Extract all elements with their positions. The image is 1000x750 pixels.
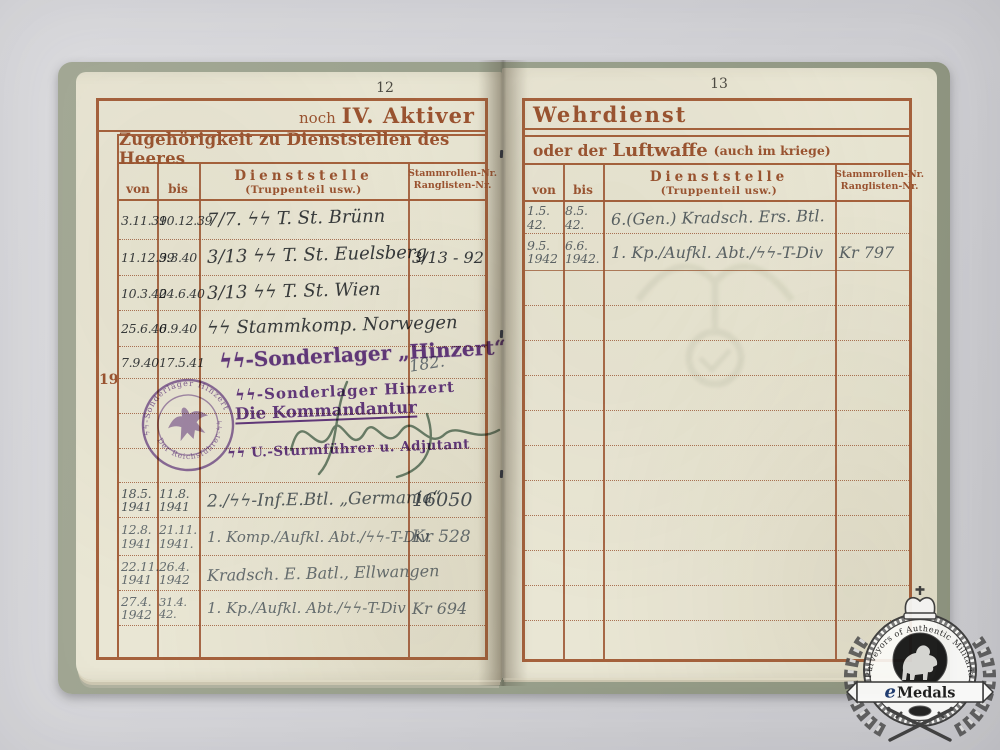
cell-dienststelle: 1. Komp./Aufkl. Abt./ϟϟ-T-Div. [199, 528, 408, 546]
date-line: 1942 [121, 608, 157, 621]
col-von-label: von [126, 182, 150, 196]
cell-dienststelle: 3/13 ϟϟ T. St. Wien [199, 278, 408, 304]
binding-stitch [500, 330, 503, 338]
empty-row [525, 411, 909, 446]
table-row: 3.11.39 10.12.39 7/7. ϟϟ T. St. Brünn [119, 201, 485, 240]
col-bis: bis [157, 164, 199, 199]
col-dienststelle-label: Dienststelle [234, 168, 372, 184]
col-bis-label: bis [573, 183, 593, 197]
col-nr: Stammrollen-Nr. Ranglisten-Nr. [835, 165, 924, 200]
col-stammrollen-label: Stammrollen-Nr. [835, 169, 924, 181]
empty-row [119, 626, 485, 657]
date-line: 1942 [527, 252, 563, 265]
date-line: 1.5. [527, 204, 563, 217]
banner-ribbon: eMedals [847, 682, 993, 717]
col-von: von [525, 165, 563, 200]
date-line: 1941 [121, 500, 157, 513]
page-left: 12 nochIV. Aktiver 19 Zugehörigkeit zu D… [76, 72, 502, 680]
section-note: (auch im kriege) [714, 143, 831, 158]
cell-bis: 6.9.40 [157, 321, 199, 336]
col-dienststelle-label: Dienststelle [650, 169, 788, 185]
date-line: 1941 [121, 537, 157, 550]
column-header-row: von bis Dienststelle (Truppenteil usw.) … [119, 164, 485, 201]
col-dienststelle: Dienststelle (Truppenteil usw.) [603, 165, 835, 200]
page-number: 12 [368, 80, 402, 96]
cell-von: 3.11.39 [119, 213, 157, 228]
service-table-right: Wehrdienst oder der Luftwaffe (auch im k… [522, 98, 912, 662]
cell-dienststelle: 2./ϟϟ-Inf.E.Btl. „Germania“ [199, 488, 408, 512]
empty-row [525, 306, 909, 341]
col-nr: Stammrollen-Nr. Ranglisten-Nr. [408, 164, 497, 199]
crown-icon [904, 586, 936, 619]
cell-dienststelle: 1. Kp./Aufkl. Abt./ϟϟ-T-Div [199, 599, 408, 617]
cell-von: 11.12.39 [119, 250, 157, 265]
cell-dienststelle: 6.(Gen.) Kradsch. Ers. Btl. [603, 206, 835, 229]
table-row: 27.4.1942 31.4.42. 1. Kp./Aufkl. Abt./ϟϟ… [119, 591, 485, 626]
table-row: 1.5.42. 8.5.42. 6.(Gen.) Kradsch. Ers. B… [525, 202, 909, 234]
date-line: 1941 [159, 500, 199, 513]
date-line: 1942. [565, 252, 603, 265]
cell-dienststelle: 7/7. ϟϟ T. St. Brünn [199, 205, 408, 231]
table-row: 12.8.1941 21.11.1941. 1. Komp./Aufkl. Ab… [119, 518, 485, 556]
binding-stitch [500, 470, 503, 478]
sheet-number: 19 [99, 372, 116, 388]
col-von-label: von [532, 183, 556, 197]
table-row: 22.11.1941 26.4.1942 Kradsch. E. Batl., … [119, 556, 485, 591]
eagle-icon [163, 401, 213, 445]
cell-von: 7.9.40 [119, 355, 157, 370]
cell-bis: 17.5.41 [157, 355, 199, 370]
cell-von: 27.4.1942 [119, 595, 157, 621]
header-title: IV. Aktiver [342, 103, 475, 128]
date-line: 42. [159, 608, 199, 620]
cell-nr: Kr 528 [408, 527, 485, 547]
empty-row [525, 376, 909, 411]
round-stamp: ϟϟ-Sonderlager Hinzert Der Reichsführer-… [133, 370, 243, 480]
date-line: 42. [565, 218, 603, 231]
header-prefix: noch [299, 109, 336, 127]
cell-von: 18.5.1941 [119, 487, 157, 513]
col-truppenteil-label: (Truppenteil usw.) [245, 184, 362, 196]
col-dienststelle: Dienststelle (Truppenteil usw.) [199, 164, 408, 199]
col-ranglisten-label: Ranglisten-Nr. [414, 180, 492, 192]
cell-dienststelle: 3/13 ϟϟ T. St. Euelsberg [199, 242, 408, 268]
col-bis-label: bis [168, 182, 188, 196]
section-title: oder der Luftwaffe (auch im kriege) [525, 137, 909, 165]
empty-row [525, 481, 909, 516]
cell-nr: 3/13 - 92 [408, 248, 485, 267]
page-header-right: Wehrdienst [525, 101, 909, 130]
table-row: 11.12.39 9.3.40 3/13 ϟϟ T. St. Euelsberg… [119, 240, 485, 276]
table-row: 18.5.1941 11.8.1941 2./ϟϟ-Inf.E.Btl. „Ge… [119, 483, 485, 518]
col-stammrollen-label: Stammrollen-Nr. [408, 168, 497, 180]
brand-e: e [885, 682, 896, 703]
table-row: 9.5.1942 6.6.1942. 1. Kp./Aufkl. Abt./ϟϟ… [525, 234, 909, 271]
empty-row [525, 271, 909, 306]
cell-bis: 9.3.40 [157, 250, 199, 265]
cell-nr: Kr 797 [835, 243, 909, 262]
cell-bis: 8.5.42. [563, 204, 603, 230]
cell-von: 22.11.1941 [119, 560, 157, 586]
cell-dienststelle: Kradsch. E. Batl., Ellwangen [199, 561, 408, 584]
cell-dienststelle: ϟϟ Stammkomp. Norwegen [199, 313, 408, 339]
cell-von: 12.8.1941 [119, 523, 157, 549]
date-line: 42. [527, 218, 563, 231]
date-line: 12.8. [121, 523, 157, 536]
cell-bis: 26.4.1942 [157, 560, 199, 586]
cell-bis: 10.12.39 [157, 213, 199, 228]
inner-table-left: Zugehörigkeit zu Dienststellen des Heere… [117, 134, 485, 657]
emedals-watermark-badge: Purveyors of Authentic Militaria eMedals [843, 582, 997, 750]
col-ranglisten-label: Ranglisten-Nr. [841, 181, 919, 193]
document-photo: 12 nochIV. Aktiver 19 Zugehörigkeit zu D… [0, 0, 1000, 750]
date-line: 21.11. [159, 523, 199, 536]
empty-row [525, 551, 909, 586]
cell-bis: 6.6.1942. [563, 239, 603, 265]
column-header-row: von bis Dienststelle (Truppenteil usw.) … [525, 165, 909, 202]
est-seal [909, 706, 931, 716]
cell-nr: Kr 694 [408, 599, 485, 618]
brand-medals: Medals [897, 685, 955, 702]
cell-von: 10.3.40 [119, 286, 157, 301]
empty-row [525, 446, 909, 481]
inner-table-right: oder der Luftwaffe (auch im kriege) von … [525, 135, 909, 659]
table-row: 10.3.40 24.6.40 3/13 ϟϟ T. St. Wien [119, 276, 485, 311]
col-bis: bis [563, 165, 603, 200]
col-truppenteil-label: (Truppenteil usw.) [661, 185, 778, 197]
cell-bis: 11.8.1941 [157, 487, 199, 513]
cell-von: 9.5.1942 [525, 239, 563, 265]
svg-text:eMedals: eMedals [885, 682, 956, 703]
signature [277, 374, 507, 479]
empty-row [525, 341, 909, 376]
page-number: 13 [702, 76, 736, 92]
table-body-left: 3.11.39 10.12.39 7/7. ϟϟ T. St. Brünn 11… [119, 201, 485, 657]
cell-bis: 21.11.1941. [157, 523, 199, 549]
cell-bis: 31.4.42. [157, 596, 199, 620]
cell-nr: 16050 [408, 489, 485, 511]
cell-von: 1.5.42. [525, 204, 563, 230]
date-line: 1941. [159, 537, 199, 550]
section-title: Zugehörigkeit zu Dienststellen des Heere… [119, 136, 485, 164]
page-header-left: nochIV. Aktiver [99, 101, 485, 132]
section-prefix: oder der [533, 141, 606, 160]
cell-von: 25.6.40 [119, 321, 157, 336]
date-line: 8.5. [565, 204, 603, 217]
date-line: 1942 [159, 573, 199, 586]
binding-stitch [500, 150, 503, 158]
date-line: 1941 [121, 573, 157, 586]
service-table-left: nochIV. Aktiver 19 Zugehörigkeit zu Dien… [96, 98, 488, 660]
col-von: von [119, 164, 157, 199]
section-bold: Luftwaffe [612, 140, 707, 161]
cell-dienststelle: 1. Kp./Aufkl. Abt./ϟϟ-T-Div [603, 243, 835, 262]
empty-row [525, 516, 909, 551]
cell-bis: 24.6.40 [157, 286, 199, 301]
